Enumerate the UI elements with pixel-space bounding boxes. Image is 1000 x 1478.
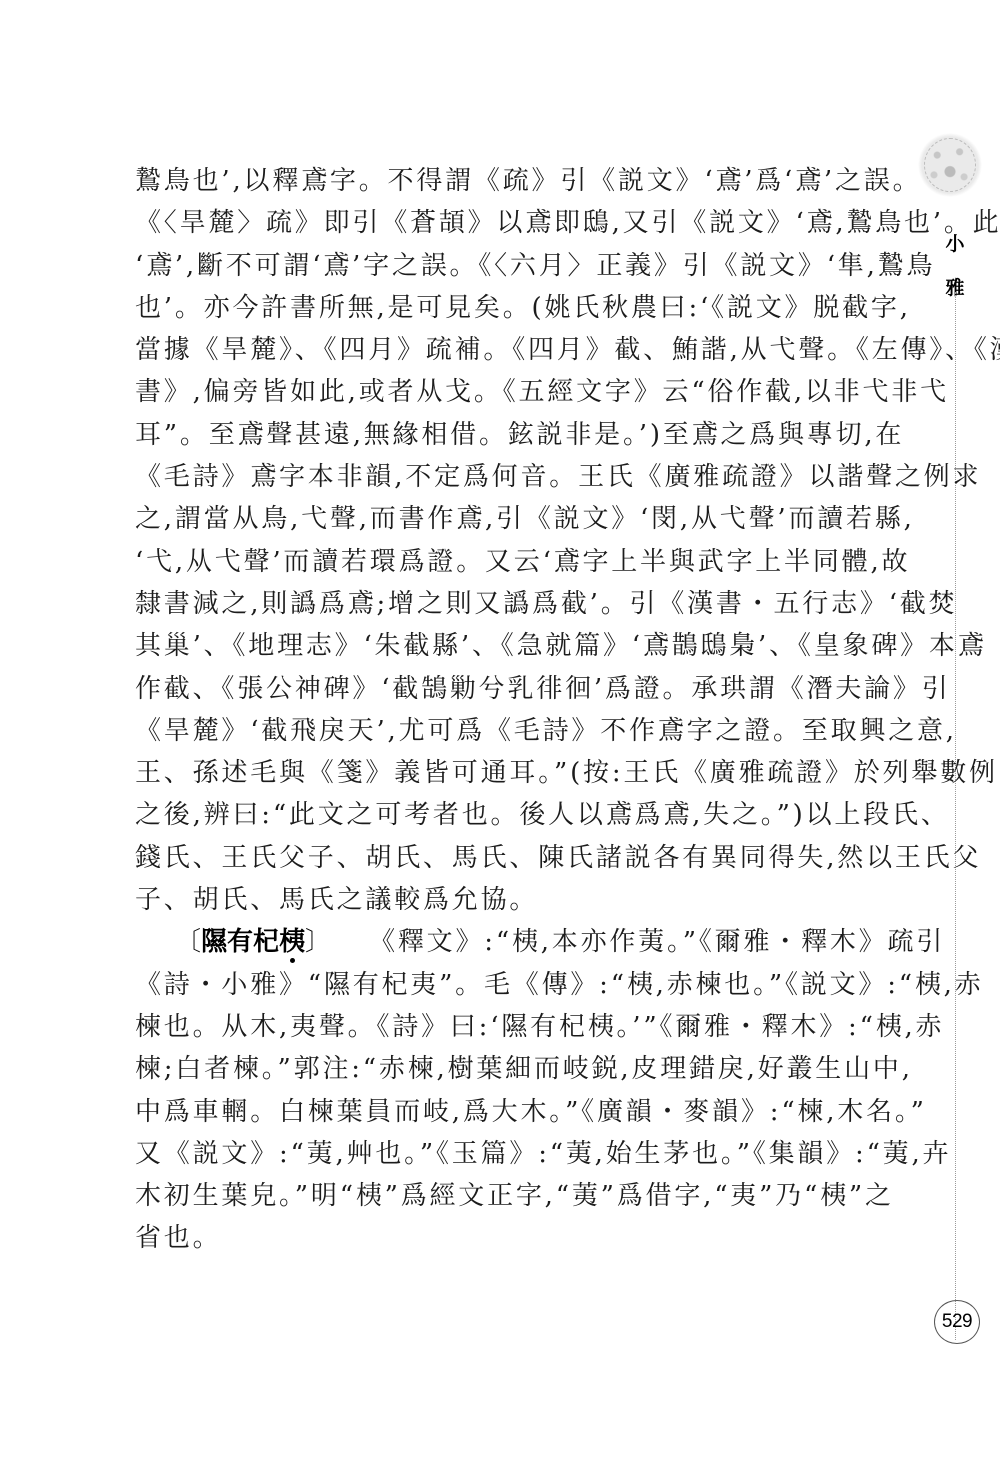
page-number: 529 [934,1300,980,1344]
heading-line-text: 《釋文》:“桋,本亦作荑。”《爾雅・釋木》疏引 [369,927,945,957]
heading-close-bracket: 〕 [305,927,331,957]
text-line: ‘鳶’,斷不可謂‘鳶’字之誤。《〈六月〉正義》引《説文》‘隼,鷙鳥 [135,245,890,287]
heading-open-bracket: 〔 [175,927,201,957]
text-line: 耳”。至鳶聲甚遠,無緣相借。鉉説非是。’)至鳶之爲與專切,在 [135,414,890,456]
text-line: 之,謂當从鳥,弋聲,而書作鳶,引《説文》‘閔,从弋聲’而讀若縣, [135,498,890,540]
paragraph-commentary-continued: 鷙鳥也’,以釋鳶字。不得謂《疏》引《説文》‘鳶’爲‘鳶’之誤。 《〈旱麓〉疏》即… [135,160,890,921]
text-line: 之後,辨曰:“此文之可考者也。後人以鳶爲鳶,失之。”)以上段氏、 [135,794,890,836]
text-line: 鷙鳥也’,以釋鳶字。不得謂《疏》引《説文》‘鳶’爲‘鳶’之誤。 [135,160,890,202]
text-line: 《毛詩》鳶字本非韻,不定爲何音。王氏《廣雅疏證》以諧聲之例求 [135,456,890,498]
heading-emphasis-char: 桋 [279,927,305,957]
text-line: 書》,偏旁皆如此,或者从戈。《五經文字》云“俗作截,以非弋非弋 [135,371,890,413]
text-line: 楝;白者楝。”郭注:“赤楝,樹葉細而岐鋭,皮理錯戾,好叢生山中, [135,1048,890,1090]
text-line: 《詩・小雅》“隰有杞夷”。毛《傳》:“桋,赤楝也。”《説文》:“桋,赤 [135,964,890,1006]
text-line: 中爲車輞。白楝葉員而岐,爲大木。”《廣韻・麥韻》:“楝,木名。” [135,1091,890,1133]
text-line: 楝也。从木,夷聲。《詩》曰:‘隰有杞桋。’”《爾雅・釋木》:“桋,赤 [135,1006,890,1048]
text-line: 省也。 [135,1217,890,1259]
text-line: 王、孫述毛與《箋》義皆可通耳。”(按:王氏《廣雅疏證》於列舉數例 [135,752,890,794]
heading-text: 隰有杞 [201,927,279,957]
floral-roundel-icon [918,132,982,198]
text-line: ‘弋,从弋聲’而讀若環爲證。又云‘鳶字上半與武字上半同體,故 [135,541,890,583]
text-line: 木初生葉皃。”明“桋”爲經文正字,“荑”爲借字,“夷”乃“桋”之 [135,1175,890,1217]
text-line: 《旱麓》‘截飛戾天’,尤可爲《毛詩》不作鳶字之證。至取興之意, [135,710,890,752]
text-line: 也’。亦今許書所無,是可見矣。(姚氏秋農曰:‘《説文》脱截字, [135,287,890,329]
text-line: 錢氏、王氏父子、胡氏、馬氏、陳氏諸説各有異同得失,然以王氏父 [135,837,890,879]
body-text: 鷙鳥也’,以釋鳶字。不得謂《疏》引《説文》‘鳶’爲‘鳶’之誤。 《〈旱麓〉疏》即… [135,160,890,1260]
text-line: 當據《旱麓》、《四月》疏補。《四月》截、鮪諧,从弋聲。《左傳》、《漢 [135,329,890,371]
margin-divider-line [955,292,956,1340]
book-page: 小 雅 529 鷙鳥也’,以釋鳶字。不得謂《疏》引《説文》‘鳶’爲‘鳶’之誤。 … [0,0,1000,1478]
entry-heading-line: 〔隰有杞桋〕《釋文》:“桋,本亦作荑。”《爾雅・釋木》疏引 [135,921,890,963]
text-line: 子、胡氏、馬氏之議較爲允協。 [135,879,890,921]
text-line: 《〈旱麓〉疏》即引《蒼頡》以鳶即鴟,又引《説文》‘鳶,鷙鳥也’。此 [135,202,890,244]
paragraph-entry-xi-you-qi-yi: 〔隰有杞桋〕《釋文》:“桋,本亦作荑。”《爾雅・釋木》疏引 《詩・小雅》“隰有杞… [135,921,890,1259]
text-line: 其巢’、《地理志》‘朱截縣’、《急就篇》‘鳶鵲鴟梟’、《皇象碑》本鳶 [135,625,890,667]
text-line: 又《説文》:“荑,艸也。”《玉篇》:“荑,始生茅也。”《集韻》:“荑,卉 [135,1133,890,1175]
text-line: 隸書減之,則譌爲鳶;增之則又譌爲截’。引《漢書・五行志》‘截焚 [135,583,890,625]
text-line: 作截、《張公神碑》‘截鵠勦兮乳徘徊’爲證。承珙謂《潛夫論》引 [135,668,890,710]
entry-heading: 〔隰有杞桋〕 [175,927,331,957]
